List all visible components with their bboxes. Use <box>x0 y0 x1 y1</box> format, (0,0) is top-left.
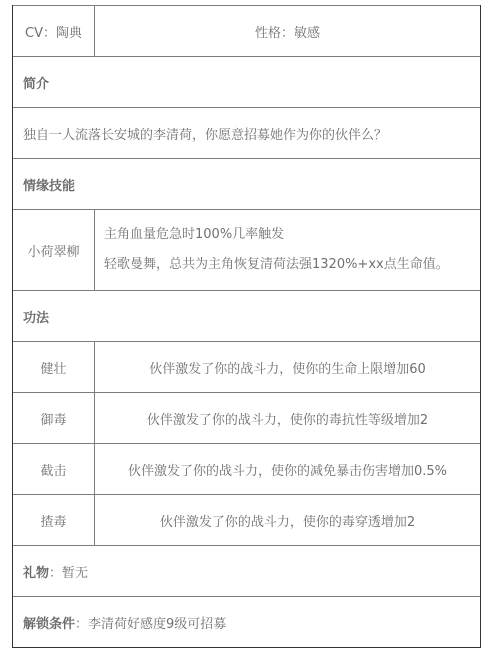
kungfu-name: 御毒 <box>13 393 95 443</box>
gift-sep: ： <box>49 562 62 581</box>
kungfu-name: 健壮 <box>13 342 95 392</box>
gift-label: 礼物 <box>23 562 49 581</box>
kungfu-name: 截击 <box>13 444 95 494</box>
kungfu-name: 揸毒 <box>13 495 95 545</box>
bond-skill-name: 小荷翠柳 <box>13 210 95 290</box>
intro-text-row: 独自一人流落长安城的李清荷，你愿意招募她作为你的伙伴么？ <box>13 107 480 158</box>
bond-skill-header-row: 情缘技能 <box>13 158 480 209</box>
unlock-value: 李清荷好感度9级可招募 <box>88 613 226 632</box>
intro-header: 简介 <box>13 57 480 107</box>
kungfu-desc: 伙伴激发了你的战斗力，使你的生命上限增加60 <box>95 342 480 392</box>
unlock-cell: 解锁条件：李清荷好感度9级可招募 <box>13 597 480 647</box>
personality-cell: 性格：敏感 <box>95 6 480 56</box>
bond-skill-line-1: 主角血量危急时100%几率触发 <box>104 220 284 250</box>
intro-text: 独自一人流落长安城的李清荷，你愿意招募她作为你的伙伴么？ <box>13 108 480 158</box>
bond-skill-header: 情缘技能 <box>13 159 480 209</box>
unlock-row: 解锁条件：李清荷好感度9级可招募 <box>13 596 480 647</box>
kungfu-desc: 伙伴激发了你的战斗力，使你的毒抗性等级增加2 <box>95 393 480 443</box>
kungfu-desc: 伙伴激发了你的战斗力，使你的减免暴击伤害增加0.5% <box>95 444 480 494</box>
cv-cell: CV：陶典 <box>13 6 95 56</box>
companion-info-table: CV：陶典 性格：敏感 简介 独自一人流落长安城的李清荷，你愿意招募她作为你的伙… <box>12 5 481 648</box>
unlock-sep: ： <box>75 613 88 632</box>
kungfu-row: 御毒 伙伴激发了你的战斗力，使你的毒抗性等级增加2 <box>13 392 480 443</box>
kungfu-row: 截击 伙伴激发了你的战斗力，使你的减免暴击伤害增加0.5% <box>13 443 480 494</box>
unlock-label: 解锁条件 <box>23 613 75 632</box>
intro-header-row: 简介 <box>13 56 480 107</box>
bond-skill-line-2: 轻歌曼舞，总共为主角恢复清荷法强1320%+xx点生命值。 <box>104 250 449 280</box>
kungfu-header: 功法 <box>13 291 480 341</box>
gift-cell: 礼物：暂无 <box>13 546 480 596</box>
gift-row: 礼物：暂无 <box>13 545 480 596</box>
kungfu-row: 揸毒 伙伴激发了你的战斗力，使你的毒穿透增加2 <box>13 494 480 545</box>
bond-skill-desc: 主角血量危急时100%几率触发 轻歌曼舞，总共为主角恢复清荷法强1320%+xx… <box>95 210 480 290</box>
kungfu-header-row: 功法 <box>13 290 480 341</box>
gift-value: 暂无 <box>62 562 88 581</box>
kungfu-row: 健壮 伙伴激发了你的战斗力，使你的生命上限增加60 <box>13 341 480 392</box>
kungfu-desc: 伙伴激发了你的战斗力，使你的毒穿透增加2 <box>95 495 480 545</box>
bond-skill-row: 小荷翠柳 主角血量危急时100%几率触发 轻歌曼舞，总共为主角恢复清荷法强132… <box>13 209 480 290</box>
info-row: CV：陶典 性格：敏感 <box>13 5 480 56</box>
